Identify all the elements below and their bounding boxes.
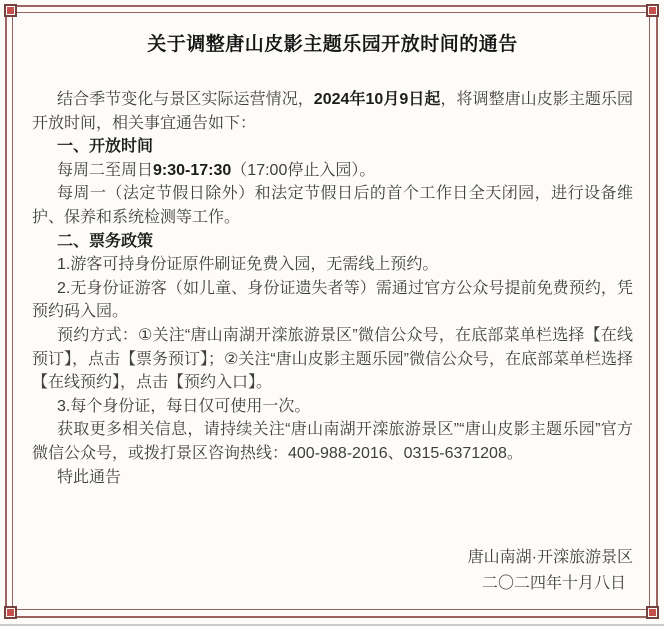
notice-paragraph: 预约方式：①关注“唐山南湖开滦旅游景区”微信公众号，在底部菜单栏选择【在线预订】… [32, 324, 633, 395]
paragraph-text: 结合季节变化与景区实际运营情况， [57, 91, 314, 108]
section-heading: 一、开放时间 [32, 135, 633, 159]
paragraph-text: 每周二至周日 [57, 162, 153, 179]
signature-date: 二〇二四年十月八日 [468, 571, 633, 597]
corner-ornament-top-right [646, 4, 659, 17]
notice-paragraph: 每周一（法定节假日除外）和法定节假日后的首个工作日全天闭园，进行设备维护、保养和… [32, 182, 633, 229]
corner-fill-icon [649, 7, 656, 14]
corner-fill-icon [7, 7, 14, 14]
notice-paragraph: 1.游客可持身份证原件刷证免费入园，无需线上预约。 [32, 253, 633, 277]
notice-page: 关于调整唐山皮影主题乐园开放时间的通告 结合季节变化与景区实际运营情况，2024… [0, 0, 664, 626]
paragraph-text: 3.每个身份证，每日仅可使用一次。 [57, 398, 310, 415]
corner-ornament-bottom-left [4, 606, 17, 619]
notice-paragraph: 结合季节变化与景区实际运营情况，2024年10月9日起，将调整唐山皮影主题乐园开… [32, 88, 633, 135]
corner-ornament-bottom-right [646, 606, 659, 619]
notice-paragraph: 获取更多相关信息，请持续关注“唐山南湖开滦旅游景区”“唐山皮影主题乐园”官方微信… [32, 418, 633, 465]
notice-paragraph: 2.无身份证游客（如儿童、身份证遗失者等）需通过官方公众号提前免费预约，凭预约码… [32, 277, 633, 324]
paragraph-text: 二、票务政策 [57, 233, 153, 250]
emphasized-text: 2024年10月9日起 [314, 91, 441, 108]
paragraph-text: 2.无身份证游客（如儿童、身份证遗失者等）需通过官方公众号提前免费预约，凭预约码… [32, 280, 633, 321]
emphasized-text: 9:30-17:30 [153, 162, 231, 179]
corner-fill-icon [7, 609, 14, 616]
notice-title: 关于调整唐山皮影主题乐园开放时间的通告 [32, 33, 633, 57]
notice-paragraph: 每周二至周日9:30-17:30（17:00停止入园）。 [32, 159, 633, 183]
paragraph-text: 每周一（法定节假日除外）和法定节假日后的首个工作日全天闭园，进行设备维护、保养和… [32, 185, 633, 226]
signature-block: 唐山南湖·开滦旅游景区 二〇二四年十月八日 [468, 545, 633, 597]
notice-paragraph: 3.每个身份证，每日仅可使用一次。 [32, 395, 633, 419]
notice-content: 关于调整唐山皮影主题乐园开放时间的通告 结合季节变化与景区实际运营情况，2024… [32, 33, 633, 489]
paragraph-text: 特此通告 [57, 469, 121, 486]
corner-fill-icon [649, 609, 656, 616]
corner-ornament-top-left [4, 4, 17, 17]
paragraph-text: 获取更多相关信息，请持续关注“唐山南湖开滦旅游景区”“唐山皮影主题乐园”官方微信… [32, 421, 633, 462]
paragraph-text: （17:00停止入园）。 [231, 162, 375, 179]
paragraph-text: 1.游客可持身份证原件刷证免费入园，无需线上预约。 [57, 256, 438, 273]
paragraph-text: 一、开放时间 [57, 138, 153, 155]
signature-organization: 唐山南湖·开滦旅游景区 [468, 545, 633, 571]
section-heading: 二、票务政策 [32, 230, 633, 254]
notice-body: 结合季节变化与景区实际运营情况，2024年10月9日起，将调整唐山皮影主题乐园开… [32, 88, 633, 489]
paragraph-text: 预约方式：①关注“唐山南湖开滦旅游景区”微信公众号，在底部菜单栏选择【在线预订】… [32, 327, 633, 391]
notice-paragraph: 特此通告 [32, 466, 633, 490]
